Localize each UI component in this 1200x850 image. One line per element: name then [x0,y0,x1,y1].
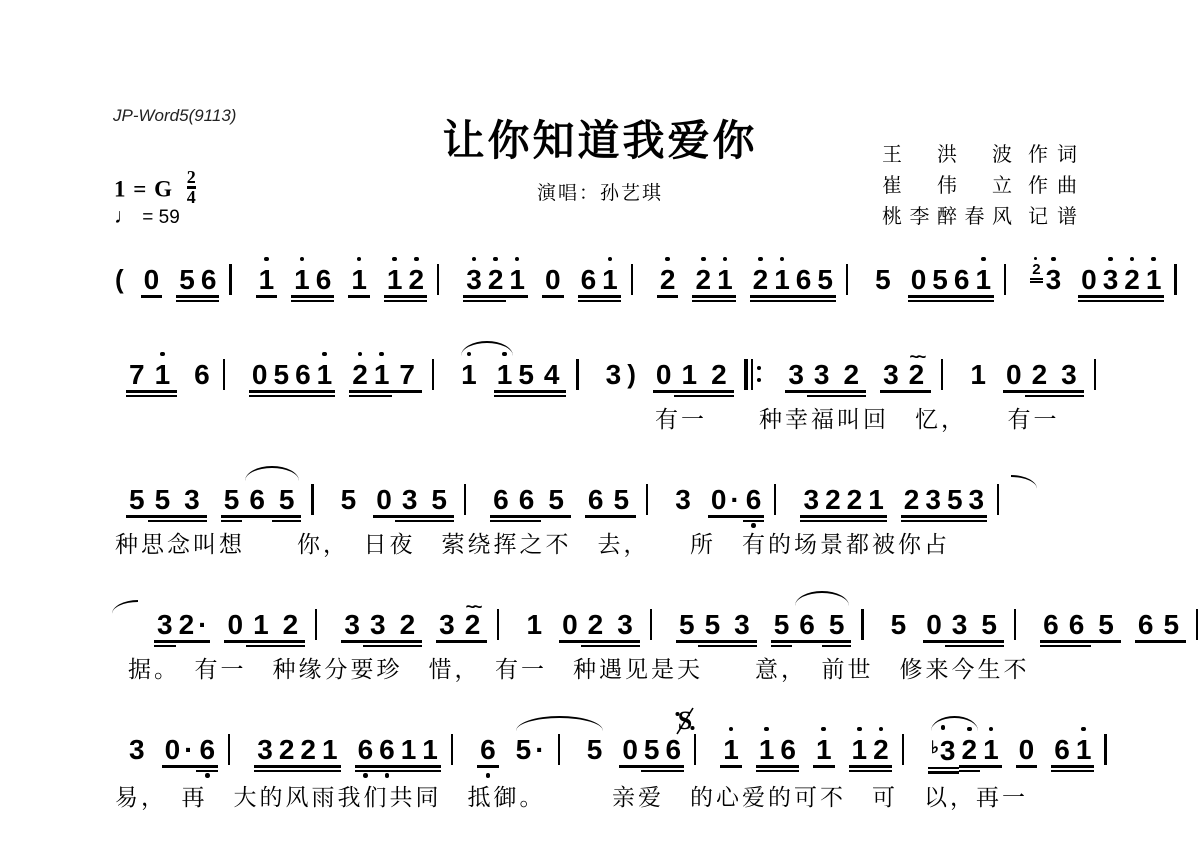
beam-underline [951,300,973,302]
note: 5 [1156,609,1186,640]
note-digit: 1 [970,359,986,390]
note-digit: 2 [753,264,769,295]
beam-underline [771,645,793,647]
repeat-dot [757,366,761,370]
beam-underline [704,390,734,392]
notation-line-4: 32·01233232~~1023553565503566565 [112,607,1200,641]
beam-underline [363,645,393,647]
beam-underline [515,390,537,392]
note: 2 [276,609,306,640]
beam-underline [849,765,871,767]
beam-underline [641,765,663,767]
augmentation-dot-icon: · [184,734,193,765]
note-digit: 7 [399,359,415,390]
beam-underline [177,520,207,522]
beam-underline [1078,300,1100,302]
beam-underline [254,765,276,767]
beam-underline [424,520,454,522]
note: 1 [1073,734,1095,765]
beam-underline [393,640,423,642]
note: 2 [901,484,923,515]
beam-underline [599,300,621,302]
note-digit: 3 [814,359,830,390]
beam-underline [727,645,757,647]
barline [997,484,999,515]
note-digit: 3 [466,264,482,295]
note-digit: 2 [283,609,299,640]
beam-underline [355,765,377,767]
beam-underline [662,770,684,772]
note-digit: 6 [1069,609,1085,640]
beam-underline [319,765,341,767]
note-digit: 3 [940,735,956,766]
note-digit: 5 [947,484,963,515]
note: 3 [254,734,276,765]
beam-underline [951,295,973,297]
note-digit: 5 [518,359,534,390]
beam-underline [771,640,793,642]
octave-dot-above-icon [1108,257,1113,262]
note: 1 [314,359,336,390]
note: 0 [1003,359,1025,390]
beam-underline [371,395,393,397]
mordent-icon: ~~ [466,591,480,622]
beam-underline [126,390,148,392]
beam-underline [800,520,822,522]
beam-underline [297,765,319,767]
beam-underline [221,520,243,522]
beam-underline [836,390,866,392]
beam-underline [922,515,944,517]
note-digit: 3 [344,609,360,640]
note-digit: 5 [644,734,660,765]
note: 1 [523,609,545,640]
beam-underline [198,295,220,297]
beam-underline [271,390,293,392]
octave-dot-above-icon [379,352,384,357]
note: 1 [756,734,778,765]
beam-underline [923,640,945,642]
note-digit: 1 [681,359,697,390]
octave-dot-above-icon [264,257,269,262]
octave-dot-above-icon [515,257,520,262]
note-digit: 0 [1019,734,1035,765]
beam-underline [1025,390,1055,392]
note-digit: 6 [780,734,796,765]
beam-underline [176,640,211,642]
beam-underline [807,390,837,392]
note: 6 [198,264,220,295]
thin-bar [751,359,753,390]
note-digit: 2 [1032,261,1040,278]
note: 5 [606,484,636,515]
note-digit: 3 [969,484,985,515]
note-digit: 5 [274,359,290,390]
note: 2 [750,264,772,295]
repeat-dot [757,378,761,382]
barline [558,734,560,765]
beam-underline [708,515,743,517]
note: 6 [578,264,600,295]
note-digit: 5 [1098,609,1114,640]
note: 3 [126,734,148,765]
beam-underline [822,645,852,647]
beam-underline [276,645,306,647]
note-digit: 1 [983,734,999,765]
note: 3 [395,484,425,515]
barline [694,734,696,765]
beam-underline [376,770,398,772]
note-digit: 3 [257,734,273,765]
note: 5 [974,609,1004,640]
note: 7 [126,359,148,390]
note: 2 [485,264,507,295]
note: 5 [126,484,148,515]
beam-underline [974,645,1004,647]
beam-underline [272,520,302,522]
beam-underline [1051,770,1073,772]
note-digit: 5 [981,609,997,640]
beam-underline [908,300,930,302]
composer-role: 作曲 [1028,171,1086,202]
octave-dot-above-icon [723,257,728,262]
beam-underline [424,515,454,517]
note-digit: 1 [317,359,333,390]
note-digit: 5 [613,484,629,515]
beam-underline [490,515,512,517]
note: 5 [176,264,198,295]
octave-dot-above-icon [1051,257,1056,262]
note-digit: 5 [705,609,721,640]
note-digit: 5 [155,484,171,515]
note: 5 [424,484,454,515]
note: 6 [1062,609,1092,640]
note: 2 [276,734,298,765]
note: 0 [908,264,930,295]
beam-underline [371,390,393,392]
beam-underline [698,640,728,642]
barline [774,484,776,515]
note-digit: 2 [660,264,676,295]
beam-underline [314,395,336,397]
note: 0 [542,264,564,295]
beam-underline [348,295,370,297]
barline [229,264,231,295]
note-digit: 5 [1163,609,1179,640]
note-digit: 1 [259,264,275,295]
note-digit: 6 [665,734,681,765]
beam-underline [980,765,1002,767]
beam-underline [698,645,728,647]
beam-underline [777,765,799,767]
note: 6 [196,734,218,765]
note: 5 [338,484,360,515]
note: 3 [966,484,988,515]
beam-underline [844,520,866,522]
note-digit: 1 [868,484,884,515]
augmentation-dot-icon: · [535,734,544,765]
beam-underline [606,515,636,517]
lyricist-role: 作词 [1028,140,1086,171]
note: 0 [249,359,271,390]
note-digit: 2 [400,609,416,640]
beam-underline [844,515,866,517]
note-digit: 1 [526,609,542,640]
note: 1 [398,734,420,765]
slur-arc [516,716,603,731]
note: 5 [221,484,243,515]
note-digit: 5 [224,484,240,515]
note: 0· [708,484,743,515]
transcriber-role: 记谱 [1028,202,1086,233]
beam-underline [292,390,314,392]
beam-underline [398,770,420,772]
beam-underline [1054,390,1084,392]
beam-underline [542,295,564,297]
note: 1 [771,264,793,295]
barline [1004,264,1006,295]
note: 3 [341,609,363,640]
beam-underline [537,395,567,397]
note: 3 [1054,359,1084,390]
note-digit: 3 [184,484,200,515]
barline [576,359,578,390]
beam-underline [793,295,815,297]
barline [1104,734,1106,765]
note-digit: 2 [843,359,859,390]
beam-underline [297,770,319,772]
note-digit: 0 [227,609,243,640]
meter-denominator: 4 [187,187,196,207]
note: 0 [923,609,945,640]
note: 1 [967,359,989,390]
notation-line-5: 30·63221661165·5056S116112♭321061 [112,732,1117,766]
beam-underline [641,770,663,772]
note: 2 [393,609,423,640]
beam-underline [196,770,218,772]
note-digit: 2 [1032,359,1048,390]
barline [941,359,943,390]
beam-underline [405,300,427,302]
octave-dot-above-icon [1130,257,1135,262]
beam-underline [1100,300,1122,302]
beam-underline [1025,395,1055,397]
beam-underline [657,295,679,297]
note-digit: 1 [497,359,513,390]
grace-note: 2 [1030,262,1042,278]
beam-underline [559,640,581,642]
note: 5· [513,734,548,765]
octave-dot-above-icon [764,727,769,732]
thick-bar [744,359,749,390]
note: 3 [880,359,902,390]
beam-underline [822,640,852,642]
lyricist-credit: 王洪波 作词 [882,140,1086,171]
note-digit: 5 [932,264,948,295]
beam-underline [148,520,178,522]
note-digit: 3 [157,609,173,640]
note: 6 [951,264,973,295]
note-digit: 1 [1146,264,1162,295]
note-digit: 5 [516,734,532,765]
barline [1014,609,1016,640]
octave-dot-below-icon [205,773,210,778]
note-digit: 3 [952,609,968,640]
octave-dot-above-icon [414,257,419,262]
beam-underline [291,295,313,297]
note-digit: 6 [199,734,215,765]
note: 5 [771,609,793,640]
beam-underline [1091,640,1121,642]
note: 0 [1078,264,1100,295]
note-digit: 0 [252,359,268,390]
beam-underline [485,300,507,302]
note: 5 [541,484,571,515]
note: 3 [603,359,625,390]
beam-underline [148,515,178,517]
beam-underline [929,295,951,297]
barline [1174,264,1176,295]
beam-underline [1062,645,1092,647]
note-digit: 3 [129,734,145,765]
note-digit: 2 [873,734,889,765]
beam-underline [126,395,148,397]
beam-underline [485,295,507,297]
beam-underline [276,640,306,642]
note-digit: 1 [155,359,171,390]
note-digit: 1 [759,734,775,765]
barline [437,264,439,295]
barline [1196,609,1198,640]
note: 5 [271,359,293,390]
beam-underline [870,765,892,767]
beam-underline [704,395,734,397]
beam-underline [1040,645,1062,647]
note: 5 [822,609,852,640]
key-signature: 1 = G 2 4 [114,170,196,205]
note-digit: 2 [904,484,920,515]
beam-underline [384,300,406,302]
note: 5 [872,264,894,295]
note-digit: 1 [461,359,477,390]
note-digit: 0 [562,609,578,640]
note-digit: 1 [975,264,991,295]
note-digit: 1 [717,264,733,295]
beam-underline [1073,770,1095,772]
beam-underline [785,390,807,392]
tempo-value: = 59 [142,207,180,228]
note: 1 [348,264,370,295]
note: 1 [865,484,887,515]
beam-underline [1030,278,1042,280]
beam-underline [974,640,1004,642]
note-digit: 1 [322,734,338,765]
octave-dot-above-icon [821,727,826,732]
beam-underline [720,765,742,767]
beam-underline [928,771,959,773]
beam-underline [585,515,607,517]
note: 1 [458,359,480,390]
note-digit: 5 [875,264,891,295]
beam-underline [319,770,341,772]
note: 2· [176,609,211,640]
note: 2~~ [902,359,932,390]
note: 6 [1040,609,1062,640]
beam-underline [272,515,302,517]
note: 0 [141,264,163,295]
beam-underline [271,395,293,397]
slur-arc [795,591,849,606]
note-digit: 5 [587,734,603,765]
note: 1 [599,264,621,295]
beam-underline [792,640,822,642]
note: 2 [822,484,844,515]
beam-underline [494,390,516,392]
note-digit: 6 [1054,734,1070,765]
beam-underline [836,395,866,397]
beam-underline [771,295,793,297]
note-digit: 5 [774,609,790,640]
note-digit: 6 [316,264,332,295]
note: 5 [1091,609,1121,640]
note: 0· [162,734,197,765]
octave-dot-below-icon [486,773,491,778]
note: 1 [419,734,441,765]
beam-underline [463,295,485,297]
octave-dot-above-icon [981,257,986,262]
note: 3 [363,609,393,640]
beam-underline [541,515,571,517]
note-digit: 2 [711,359,727,390]
note: 3 [1043,264,1065,295]
beam-underline [966,515,988,517]
note: 0 [224,609,246,640]
note-digit: 2 [488,264,504,295]
note: 6 [292,359,314,390]
segno-icon: S [674,705,696,737]
composer-credit: 崔伟立 作曲 [882,171,1086,202]
beam-underline [162,765,197,767]
notation-line-1: (056116112321061221216550561230321 [112,262,1187,296]
note: 0 [653,359,675,390]
note-digit: 5 [817,264,833,295]
note: 3 [945,609,975,640]
beam-underline [610,645,640,647]
note: 2 [349,359,371,390]
note: 1 [714,264,736,295]
note: 1 [1143,264,1165,295]
beam-underline [743,520,765,522]
note-digit: 0 [144,264,160,295]
barline [228,734,230,765]
quarter-note-icon: ♩ [114,205,135,228]
beam-underline [902,390,932,392]
octave-dot-above-icon [160,352,165,357]
note: 3 [1100,264,1122,295]
beam-underline [176,295,198,297]
beam-underline [1030,281,1042,283]
note-digit: 2 [695,264,711,295]
note-digit: 2 [408,264,424,295]
slur-arc [461,341,513,356]
octave-dot-below-icon [363,773,368,778]
beam-underline [578,295,600,297]
beam-underline [928,767,959,769]
note: 2~~ [458,609,488,640]
note: 7 [392,359,422,390]
beam-underline [692,295,714,297]
note-digit: 5 [179,264,195,295]
